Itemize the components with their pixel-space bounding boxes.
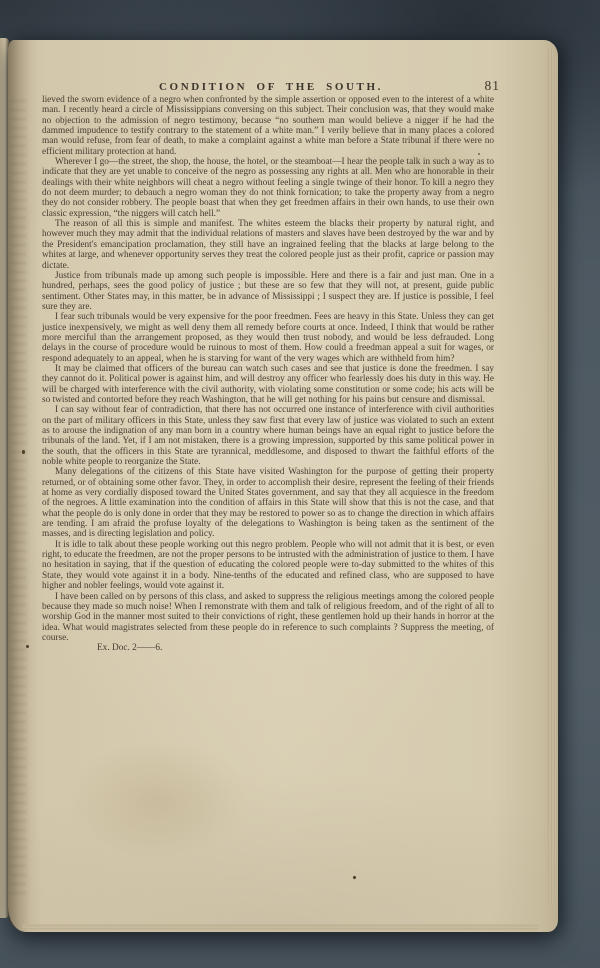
paragraph: The reason of all this is simple and man… xyxy=(42,219,494,271)
paragraph: It is idle to talk about these people wo… xyxy=(42,540,494,592)
paragraph: I have been called on by persons of this… xyxy=(42,592,494,644)
paragraph: It may be claimed that officers of the b… xyxy=(42,364,494,405)
ink-speck xyxy=(22,450,25,454)
paragraph: I can say without fear of contradiction,… xyxy=(42,405,494,467)
paragraph: lieved the sworn evidence of a negro whe… xyxy=(42,95,494,157)
body-text-column: lieved the sworn evidence of a negro whe… xyxy=(42,95,494,654)
page-number: 81 xyxy=(430,78,500,94)
ink-speck xyxy=(352,875,356,879)
running-title: CONDITION OF THE SOUTH. xyxy=(42,81,430,93)
page-block-edge-right xyxy=(547,48,556,904)
executive-document-line: Ex. Doc. 2——6. xyxy=(42,643,494,653)
paragraph: Many delegations of the citizens of this… xyxy=(42,467,494,539)
page-header: CONDITION OF THE SOUTH. 81 xyxy=(42,78,500,94)
show-through-marks xyxy=(10,100,26,900)
paragraph: Wherever I go—the street, the shop, the … xyxy=(42,157,494,219)
paragraph: I fear such tribunals would be very expe… xyxy=(42,312,494,364)
scan-backdrop: CONDITION OF THE SOUTH. 81 lieved the sw… xyxy=(0,0,600,968)
paragraph: Justice from tribunals made up among suc… xyxy=(42,271,494,312)
page-block-edge-bottom xyxy=(22,924,539,931)
paper-stain xyxy=(68,740,248,860)
book-page: CONDITION OF THE SOUTH. 81 lieved the sw… xyxy=(8,40,558,932)
ink-speck xyxy=(26,645,29,648)
